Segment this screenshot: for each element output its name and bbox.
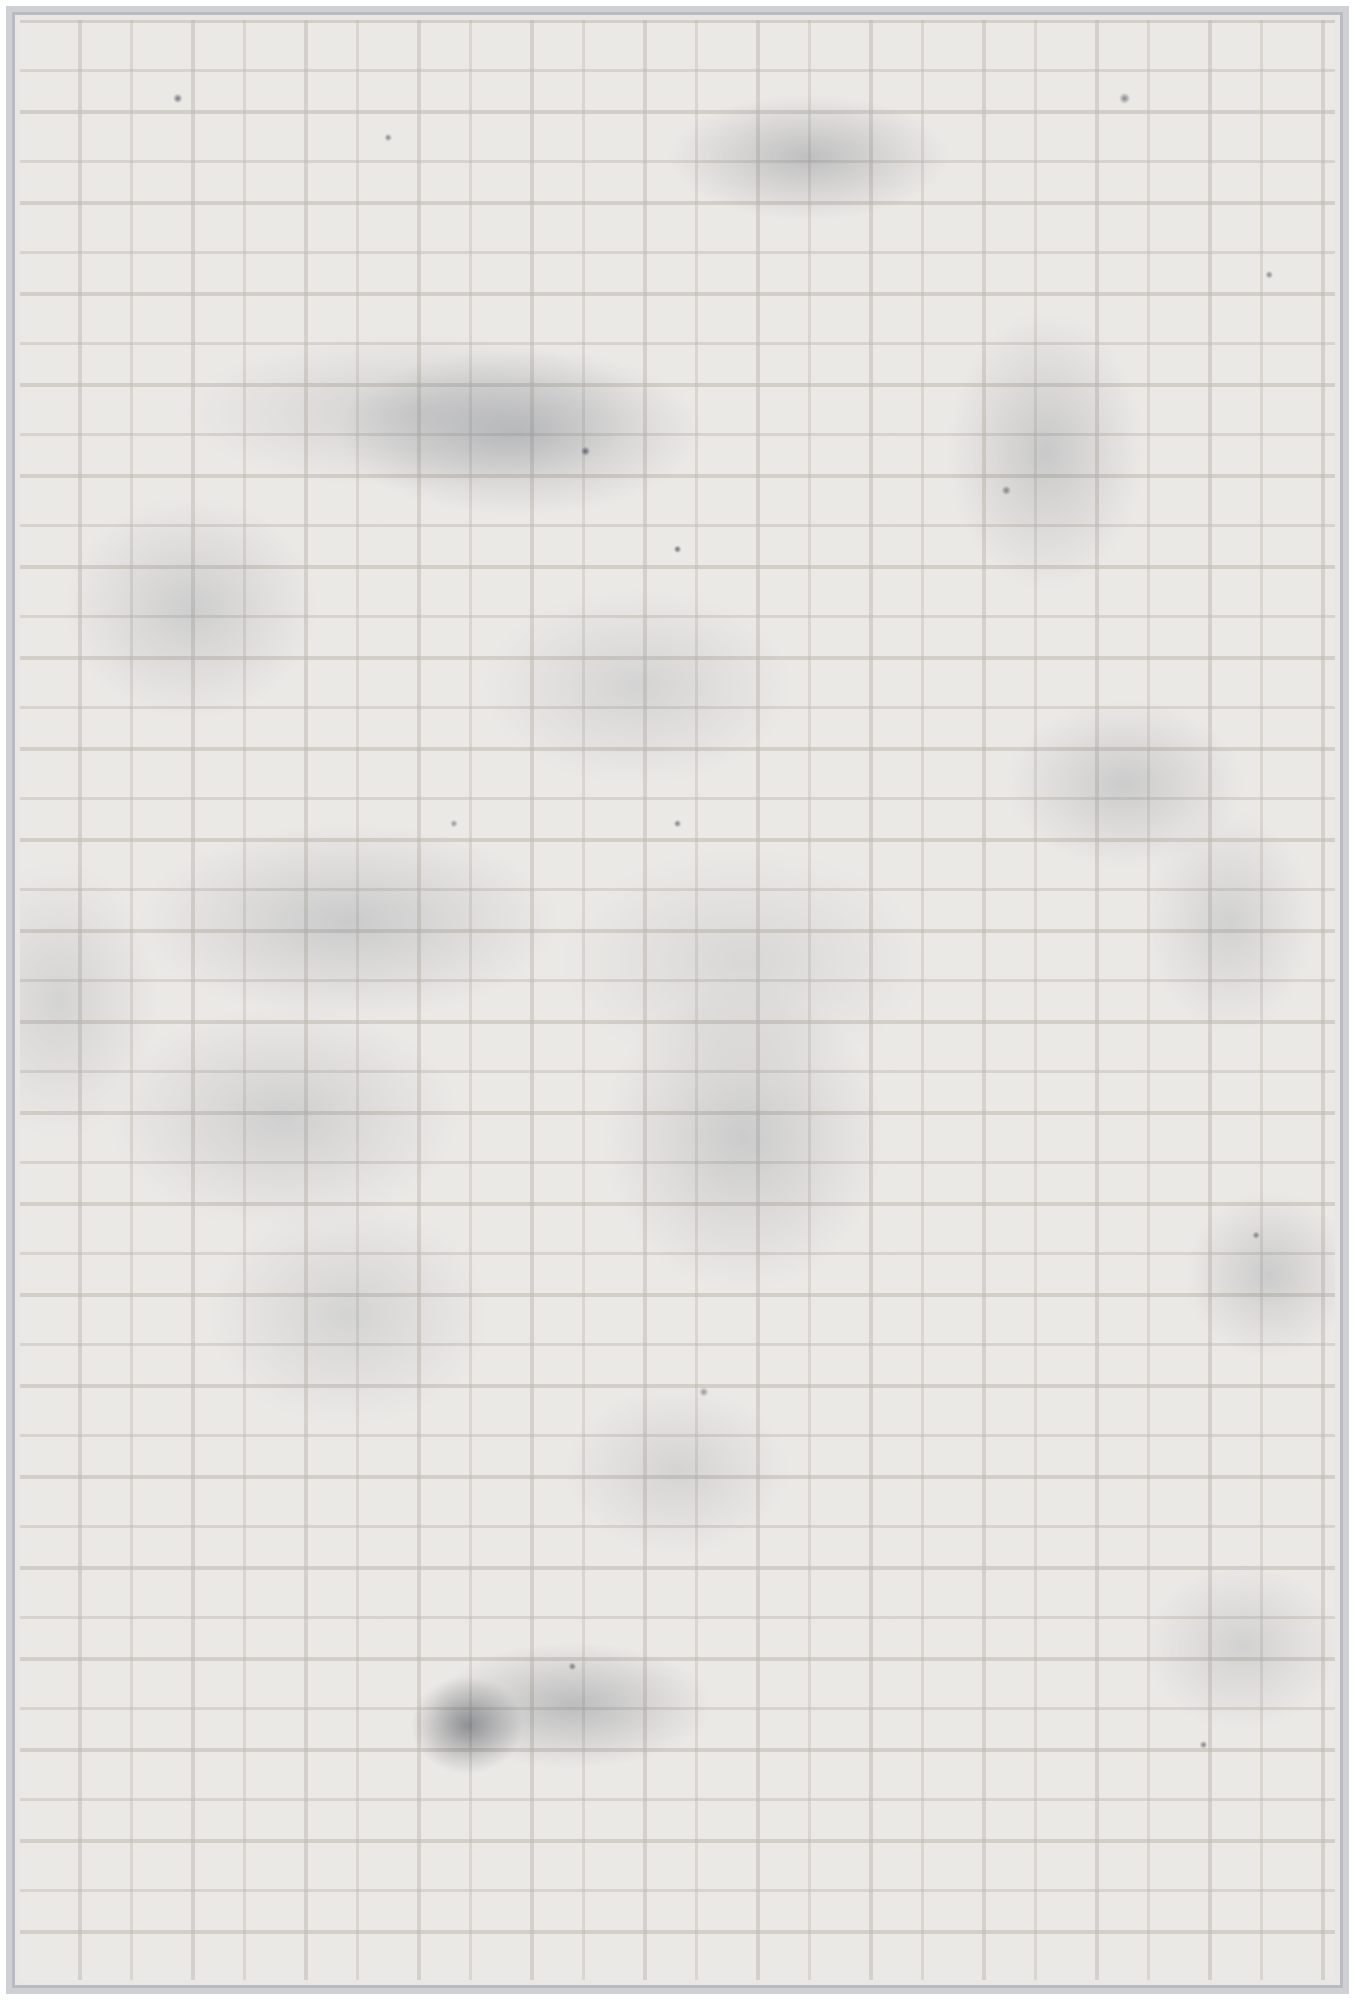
- rug: [6, 6, 1349, 1994]
- image-canvas: Distressed cream/ivory rug with a beige …: [0, 0, 1355, 2000]
- rug-dark-speckles: [20, 20, 1335, 1980]
